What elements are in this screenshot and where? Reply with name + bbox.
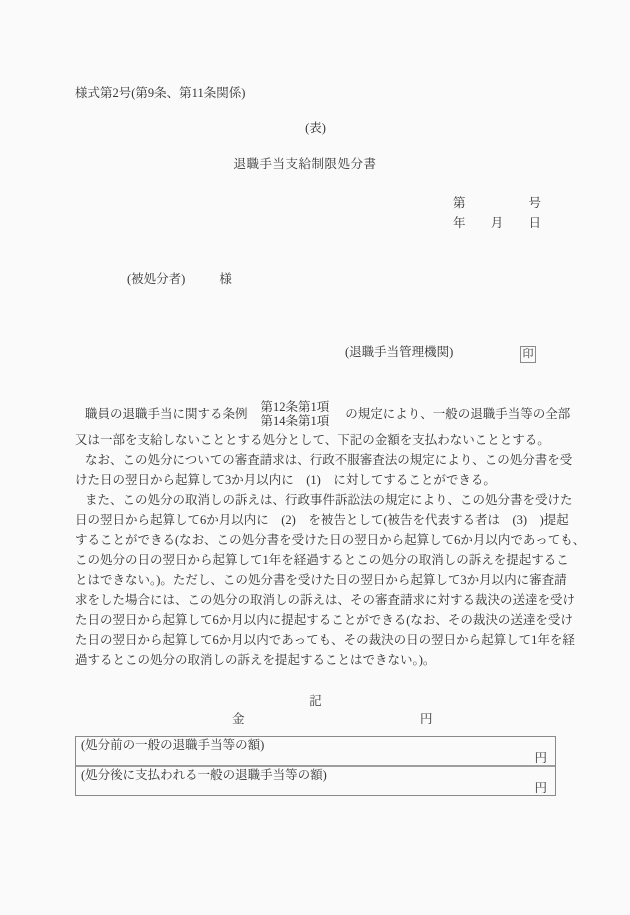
face-label: (表) [75, 121, 556, 136]
body-line: 求をした場合には、この処分の取消しの訴えは、その審査請求に対する裁決の送達を受け [75, 590, 556, 610]
body-line: た日の翌日から起算して6か月以内であっても、その裁決の日の翌日から起算して1年を… [75, 630, 556, 650]
addressee-honorific: 様 [219, 272, 232, 286]
amount-line: 金 円 [0, 711, 630, 727]
row-unit: 円 [534, 781, 547, 795]
cited-articles-stack: 第12条第1項 第14条第1項 [261, 400, 330, 428]
body-line: この処分の日の翌日から起算して1年を経過するとこの処分の取消しの訴えを提起するこ [75, 550, 556, 570]
amounts-table: (処分前の一般の退職手当等の額) 円 (処分後に支払われる一般の退職手当等の額)… [75, 736, 556, 796]
addressee-line: (被処分者)様 [127, 271, 232, 287]
cited-article: 第14条第1項 [261, 414, 330, 428]
page-title: 退職手当支給制限処分書 [75, 156, 535, 172]
body-line: た日の翌日から起算して6か月以内に提起することができる(なお、その裁決の送達を受… [75, 610, 556, 630]
table-row: (処分後に支払われる一般の退職手当等の額) 円 [76, 765, 555, 795]
year-label: 年 [453, 216, 466, 231]
body-line: けた日の翌日から起算して3か月以内に (1) に対してすることができる。 [75, 470, 556, 490]
body-text: 職員の退職手当に関する条例 第12条第1項 第14条第1項 の規定により、一般の… [75, 399, 556, 670]
body-line: 職員の退職手当に関する条例 第12条第1項 第14条第1項 の規定により、一般の… [75, 399, 556, 429]
body-line: なお、この処分についての審査請求は、行政不服審査法の規定により、この処分書を受 [75, 450, 556, 470]
body-line: 日の翌日から起算して6か月以内に (2) を被告として(被告を代表する者は (3… [75, 510, 556, 530]
table-row: (処分前の一般の退職手当等の額) 円 [76, 737, 555, 765]
row-label: (処分前の一般の退職手当等の額) [81, 738, 264, 753]
body-line: することができる(なお、この処分書を受けた日の翌日から起算して6か月以内であって… [75, 530, 556, 550]
addressee-label: (被処分者) [127, 272, 185, 286]
doc-number-prefix: 第 [453, 196, 466, 211]
day-label: 日 [528, 216, 541, 231]
p1-lead: 職員の退職手当に関する条例 [85, 404, 248, 424]
seal-stamp-icon: 印 [520, 346, 536, 363]
row-label: (処分後に支払われる一般の退職手当等の額) [81, 768, 327, 783]
amount-label: 金 [232, 711, 245, 727]
form-label: 様式第2号(第9条、第11条関係) [75, 86, 245, 101]
doc-number-line: 第 号 [453, 196, 541, 211]
body-line: とはできない。)。ただし、この処分書を受けた日の翌日から起算して3か月以内に審査… [75, 570, 556, 590]
doc-number-suffix: 号 [528, 196, 541, 211]
body-line: 過するとこの処分の取消しの訴えを提起することはできない。)。 [75, 650, 556, 670]
month-label: 月 [491, 216, 504, 231]
body-line: また、この処分の取消しの訴えは、行政事件訴訟法の規定により、この処分書を受けた [75, 490, 556, 510]
p1-tail: の規定により、一般の退職手当等の全部 [345, 404, 570, 424]
cited-article: 第12条第1項 [261, 400, 330, 414]
document-page: 様式第2号(第9条、第11条関係) (表) 退職手当支給制限処分書 第 号 年 … [0, 0, 630, 915]
row-unit: 円 [534, 751, 547, 765]
body-line: 又は一部を支給しないこととする処分として、下記の金額を支払わないこととする。 [75, 430, 556, 450]
amount-unit: 円 [420, 711, 433, 727]
date-line: 年 月 日 [453, 216, 541, 231]
record-heading: 記 [75, 694, 556, 709]
issuer-label: (退職手当管理機関) [345, 344, 453, 360]
